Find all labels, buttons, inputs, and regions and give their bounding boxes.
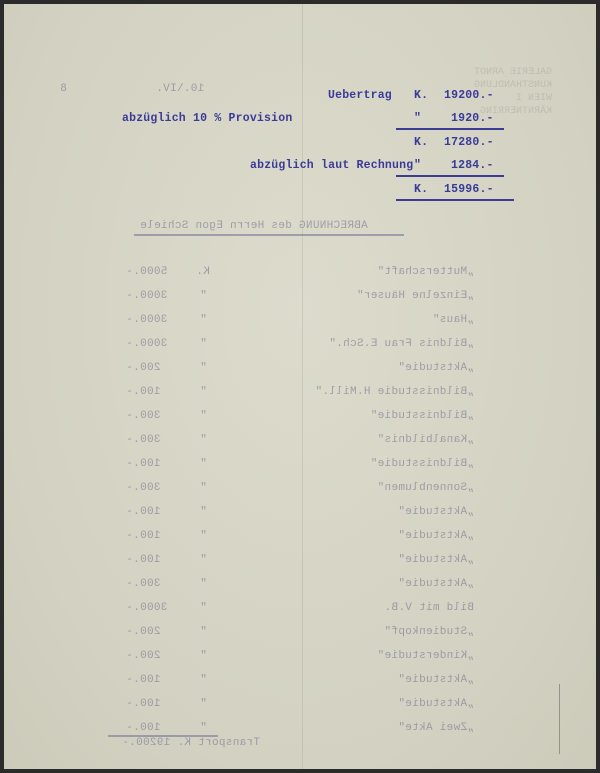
ghost-item-title: „Aktstudie" <box>304 698 474 710</box>
ghost-item-ditto: " <box>200 602 207 614</box>
total-rule-top <box>396 175 504 177</box>
ghost-item-ditto: K. <box>196 266 210 278</box>
ghost-item-ditto: " <box>200 338 207 350</box>
ghost-item-title: „Aktstudie" <box>304 554 474 566</box>
ghost-item-ditto: " <box>200 386 207 398</box>
invoice-deduction-amount: 1284.- <box>451 159 494 172</box>
commission-label: abzüglich 10 % Provision <box>122 112 292 125</box>
ghost-item-amount: 5000.- <box>126 266 167 278</box>
total-currency: K. <box>414 183 428 196</box>
ghost-item-title: „Bildnisstudie H.Mill." <box>304 386 474 398</box>
ghost-item-ditto: " <box>200 482 207 494</box>
ghost-title-rule <box>134 234 404 236</box>
ghost-item-ditto: " <box>200 674 207 686</box>
ghost-transport: Transport K. 19200.- <box>122 737 260 749</box>
ghost-item-ditto: " <box>200 506 207 518</box>
ghost-item-title: „Kinderstudie" <box>304 650 474 662</box>
ghost-item-ditto: " <box>200 554 207 566</box>
ghost-item-title: „Sonnenblumen" <box>304 482 474 494</box>
ghost-item-ditto: " <box>200 650 207 662</box>
ghost-item-ditto: " <box>200 290 207 302</box>
ghost-item-title: „Mutterschaft" <box>304 266 474 278</box>
ghost-item-amount: 300.- <box>126 482 161 494</box>
ghost-item-ditto: " <box>200 698 207 710</box>
ghost-item-title: „Bildnis Frau E.Sch." <box>304 338 474 350</box>
carryover-label: Uebertrag <box>328 89 392 102</box>
ghost-item-amount: 100.- <box>126 698 161 710</box>
ghost-item-title: „Aktstudie" <box>304 506 474 518</box>
ghost-item-ditto: " <box>200 410 207 422</box>
subtotal-amount: 17280.- <box>444 136 494 149</box>
ghost-item-amount: 100.- <box>126 530 161 542</box>
ghost-item-title: „Kanalbildnis" <box>304 434 474 446</box>
ghost-title: ABRECHNUNG des Herrn Egon Schiele <box>140 220 368 232</box>
ghost-item-amount: 300.- <box>126 578 161 590</box>
ghost-item-amount: 100.- <box>126 386 161 398</box>
subtotal-currency: K. <box>414 136 428 149</box>
ghost-item-ditto: " <box>200 578 207 590</box>
ghost-item-title: Bild mit V.B. <box>304 602 474 614</box>
invoice-deduction-label: abzüglich laut Rechnung <box>250 159 413 172</box>
ghost-item-amount: 100.- <box>126 674 161 686</box>
ghost-item-ditto: " <box>200 626 207 638</box>
carryover-currency: K. <box>414 89 428 102</box>
ghost-item-amount: 300.- <box>126 434 161 446</box>
ghost-item-ditto: " <box>200 362 207 374</box>
ghost-item-title: „Aktstudie" <box>304 578 474 590</box>
ghost-item-amount: 3000.- <box>126 314 167 326</box>
ghost-mark: 8 <box>60 83 67 95</box>
carryover-amount: 19200.- <box>444 89 494 102</box>
ghost-item-ditto: " <box>200 434 207 446</box>
ghost-item-ditto: " <box>200 530 207 542</box>
ghost-item-title: „Zwei Akte" <box>304 722 474 734</box>
ghost-item-amount: 100.- <box>126 554 161 566</box>
fold-line <box>302 4 303 769</box>
ghost-date: 10.\IV. <box>156 83 204 95</box>
ghost-item-amount: 200.- <box>126 626 161 638</box>
ghost-item-amount: 200.- <box>126 362 161 374</box>
ghost-item-amount: 3000.- <box>126 602 167 614</box>
ghost-item-title: „Einzelne Häuser" <box>304 290 474 302</box>
invoice-deduction-ditto: " <box>414 159 421 172</box>
ghost-item-amount: 3000.- <box>126 338 167 350</box>
ghost-item-ditto: " <box>200 722 207 734</box>
ghost-item-title: „Aktstudie" <box>304 362 474 374</box>
ghost-item-title: „Studienkopf" <box>304 626 474 638</box>
ghost-item-title: „Bildnisstudie" <box>304 458 474 470</box>
edge-mark <box>559 684 560 754</box>
ghost-item-ditto: " <box>200 458 207 470</box>
ghost-item-amount: 3000.- <box>126 290 167 302</box>
ghost-item-title: „Haus" <box>304 314 474 326</box>
commission-ditto: " <box>414 112 421 125</box>
total-rule-bottom <box>396 199 514 201</box>
ghost-item-amount: 100.- <box>126 506 161 518</box>
ghost-item-amount: 100.- <box>126 458 161 470</box>
total-amount: 15996.- <box>444 183 494 196</box>
ghost-item-ditto: " <box>200 314 207 326</box>
ghost-item-title: „Aktstudie" <box>304 530 474 542</box>
ghost-item-amount: 100.- <box>126 722 161 734</box>
subtotal-rule <box>396 128 504 130</box>
ghost-item-amount: 200.- <box>126 650 161 662</box>
ghost-item-amount: 300.- <box>126 410 161 422</box>
paper-sheet: GALERIE ARNOT KUNSTHANDLUNG WIEN I KÄRNT… <box>4 4 596 769</box>
commission-amount: 1920.- <box>451 112 494 125</box>
ghost-item-title: „Bildnisstudie" <box>304 410 474 422</box>
ghost-item-title: „Aktstudie" <box>304 674 474 686</box>
